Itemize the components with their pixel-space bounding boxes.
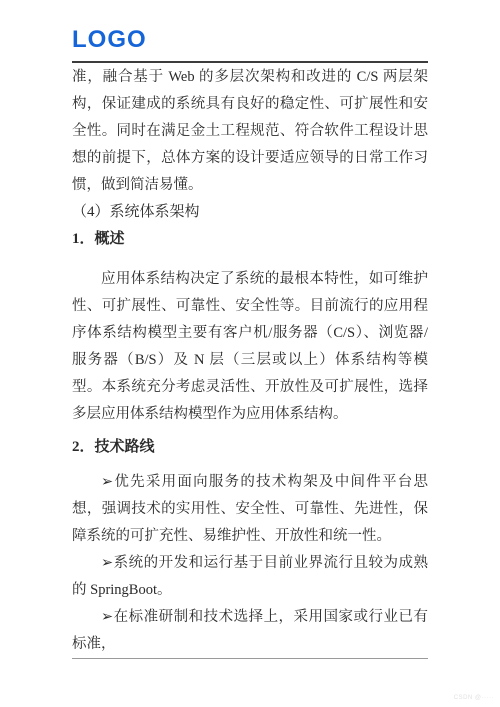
bullet-item-soa: ➢优先采用面向服务的技术构架及中间件平台思想，强调技术的实用性、安全性、可靠性、… bbox=[72, 469, 428, 550]
header-divider bbox=[72, 61, 428, 63]
document-page: LOGO 准，融合基于 Web 的多层次架构和改进的 C/S 两层架构，保证建成… bbox=[0, 0, 500, 707]
heading-tech-route: 2．技术路线 bbox=[72, 434, 428, 461]
paragraph-overview-body: 应用体系结构决定了系统的最根本特性，如可维护性、可扩展性、可靠性、安全性等。目前… bbox=[72, 266, 428, 428]
heading-system-architecture: （4）系统体系架构 bbox=[72, 199, 428, 226]
heading-overview: 1．概述 bbox=[72, 226, 428, 253]
footer-divider bbox=[72, 658, 428, 659]
bullet-item-springboot: ➢系统的开发和运行基于目前业界流行且较为成熟的 SpringBoot。 bbox=[72, 550, 428, 604]
watermark-text: CSDN @····· bbox=[454, 695, 494, 701]
document-header: LOGO bbox=[72, 28, 428, 60]
bullet-item-standards: ➢在标准研制和技术选择上，采用国家或行业已有标准， bbox=[72, 604, 428, 658]
paragraph-architecture-intro: 准，融合基于 Web 的多层次架构和改进的 C/S 两层架构，保证建成的系统具有… bbox=[72, 64, 428, 199]
document-body: 准，融合基于 Web 的多层次架构和改进的 C/S 两层架构，保证建成的系统具有… bbox=[72, 64, 428, 658]
logo-text: LOGO bbox=[72, 28, 147, 60]
